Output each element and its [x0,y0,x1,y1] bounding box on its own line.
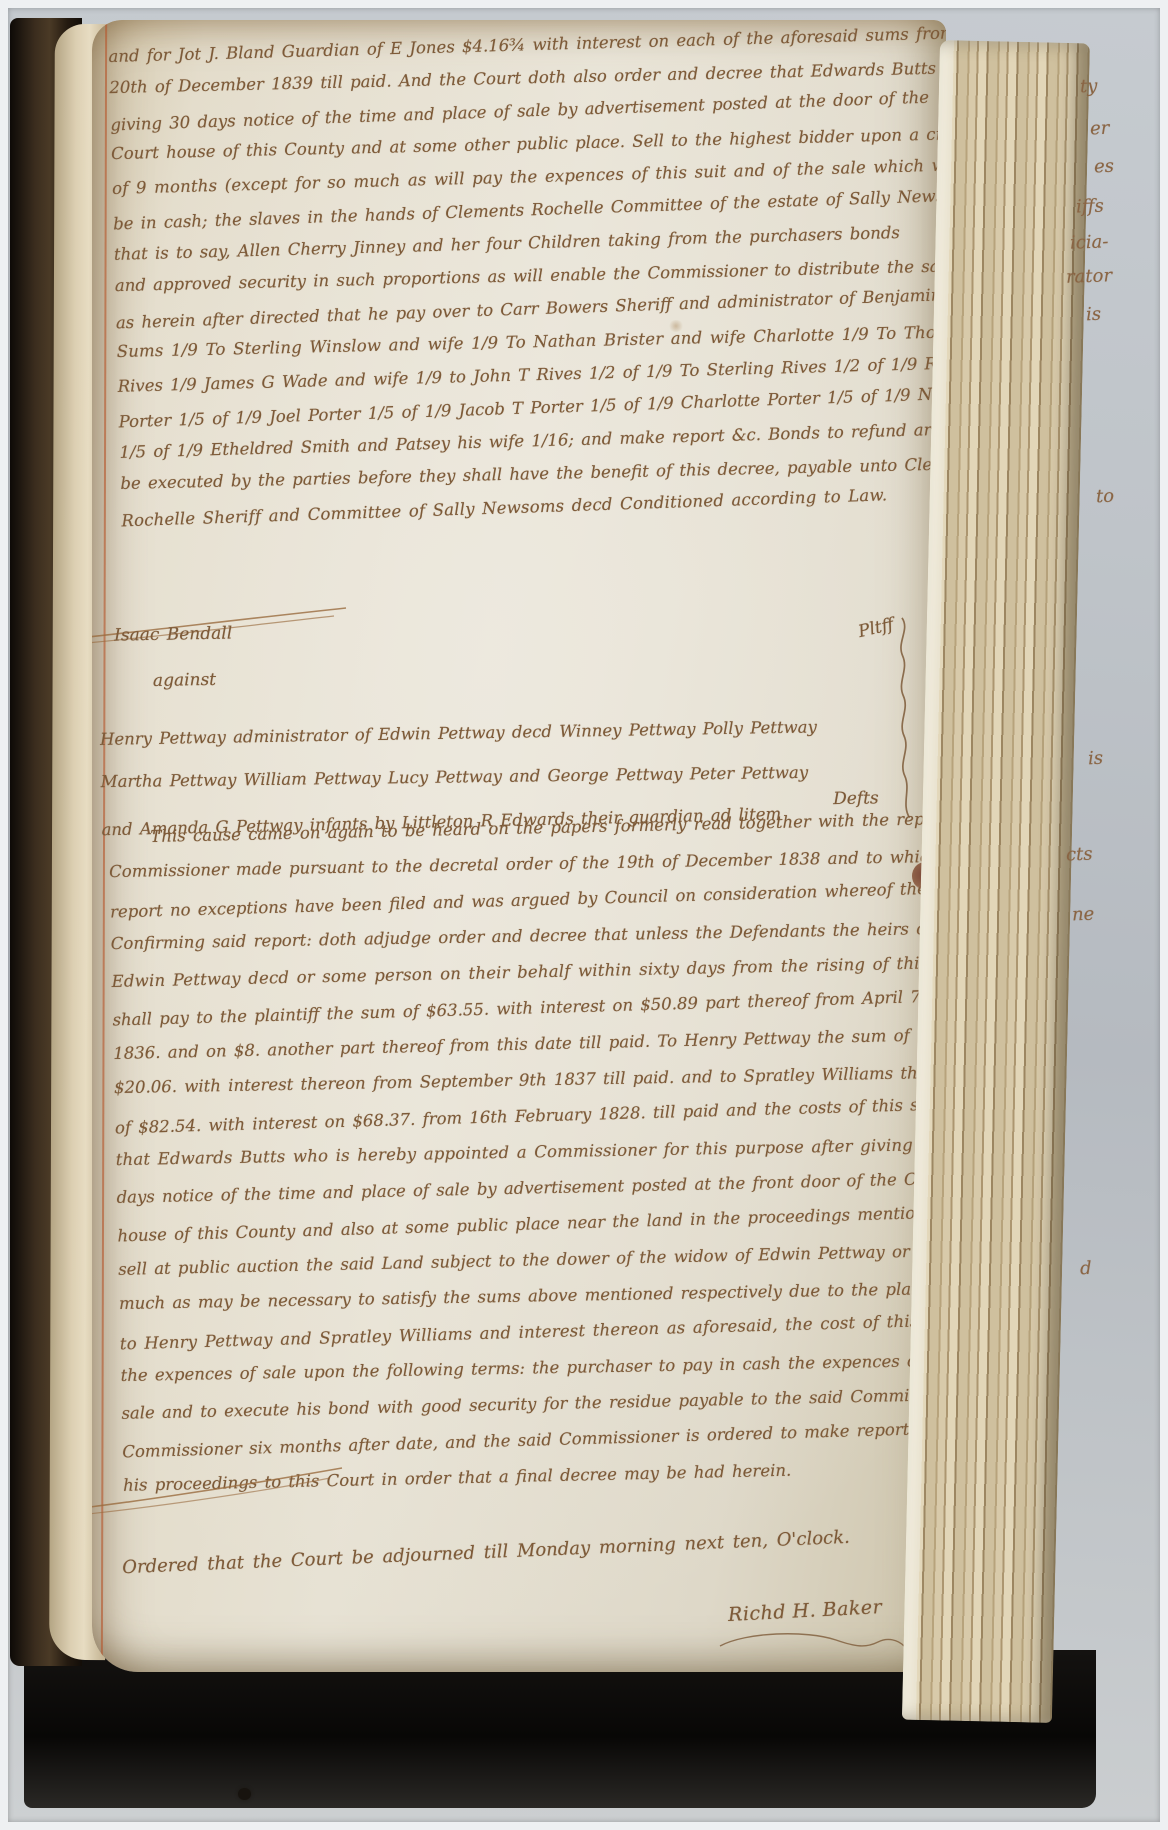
adjournment-line: Ordered that the Court be adjourned till… [122,1527,850,1578]
edge-text-fragment: er [1090,118,1110,140]
clerk-signature: Richd H. Baker [728,1596,883,1626]
wormhole-dot [238,1788,251,1800]
decree-continuation-text: and for Jot J. Bland Guardian of E Jones… [108,20,946,535]
edge-text-fragment: ne [1072,904,1095,926]
caption-brace [892,616,922,820]
versus-label: against [153,670,216,691]
plaintiff-role-label: Pltff [856,615,895,643]
faint-stain [668,320,684,332]
edge-text-fragment: to [1096,486,1115,508]
edge-text-fragment: es [1094,156,1115,178]
signature-flourish [716,1628,906,1654]
paragraph-flourish-2 [92,1452,350,1522]
manuscript-page: and for Jot J. Bland Guardian of E Jones… [92,20,946,1672]
edge-text-fragment: is [1088,748,1104,770]
plaintiff-name: Isaac Bendall [114,624,232,646]
decree-body-text: This cause came on again to be heard on … [108,801,946,1504]
edge-text-fragment: d [1080,1258,1092,1279]
record-book-photo: and for Jot J. Bland Guardian of E Jones… [8,8,1160,1822]
edge-text-fragment: is [1086,304,1102,326]
